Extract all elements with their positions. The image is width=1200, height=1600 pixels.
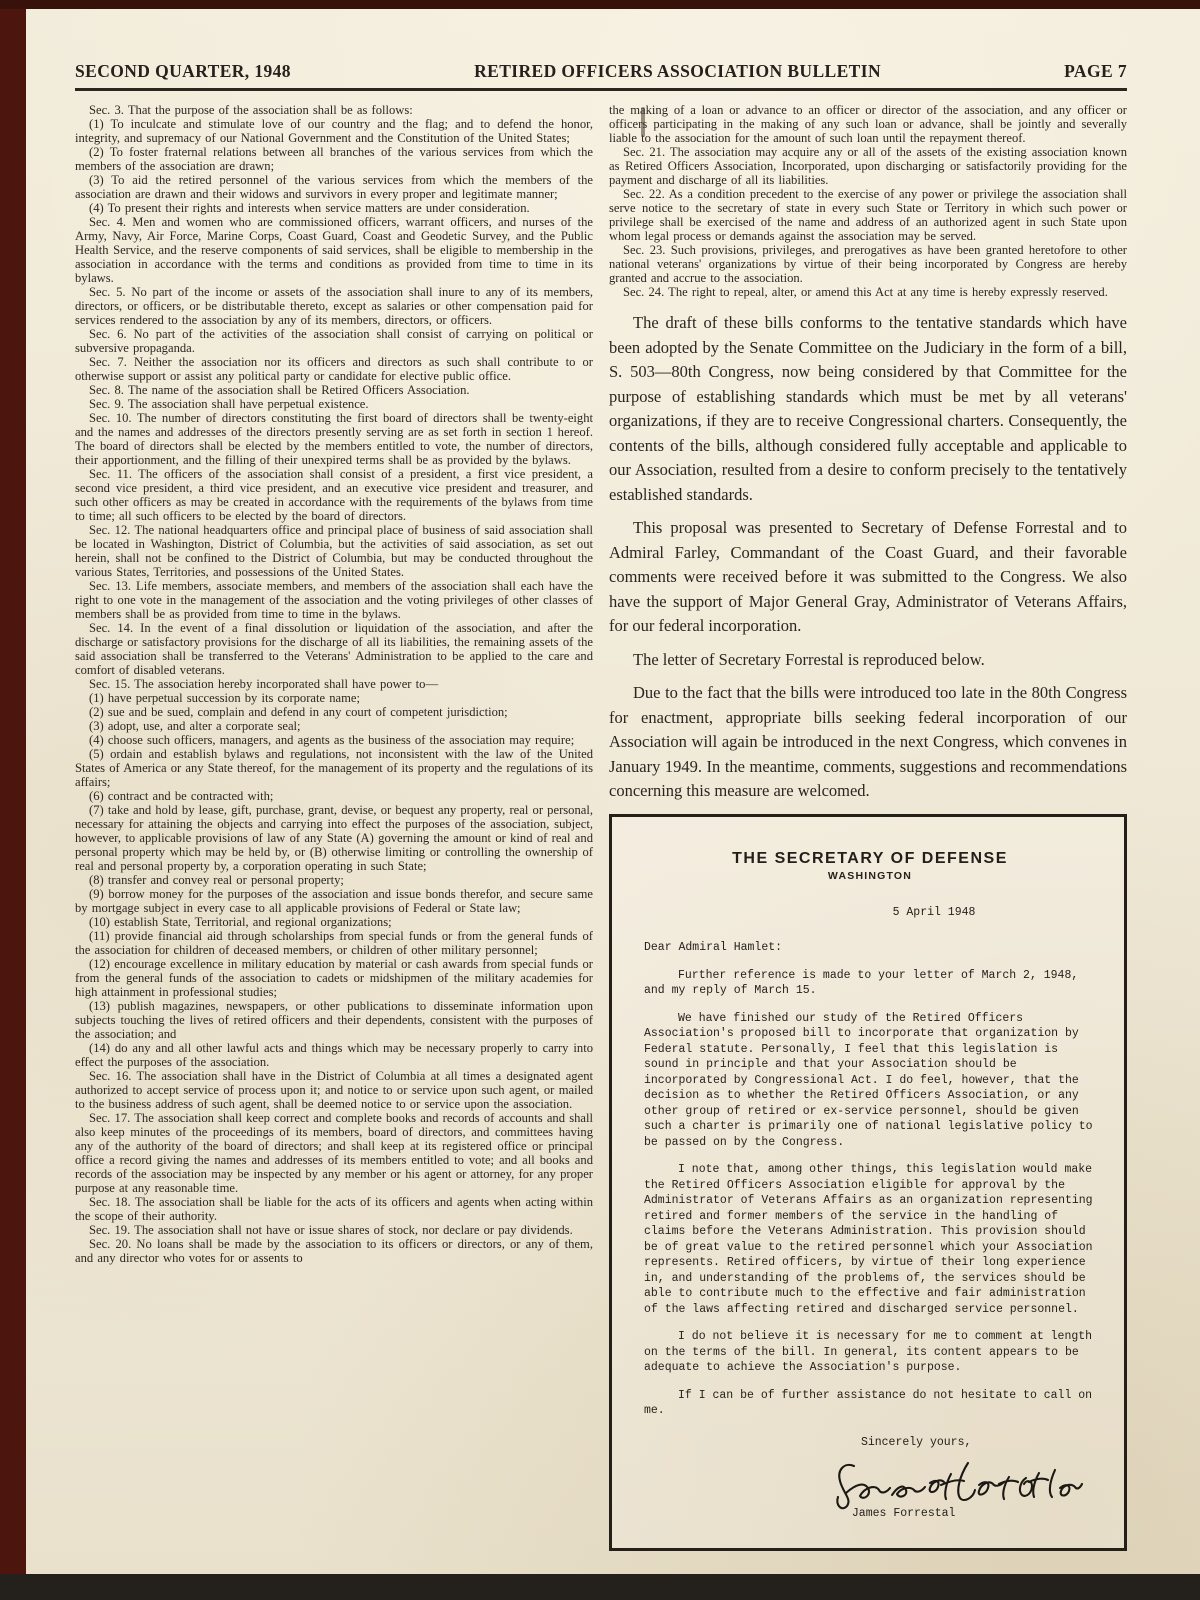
page-title: RETIRED OFFICERS ASSOCIATION BULLETIN [474, 61, 881, 82]
paragraph: Sec. 20. No loans shall be made by the a… [75, 1237, 593, 1265]
paragraph: Sec. 12. The national headquarters offic… [75, 523, 593, 579]
paragraph: Sec. 23. Such provisions, privileges, an… [609, 243, 1127, 285]
scan-bottom-edge [0, 1574, 1200, 1600]
paragraph: (4) choose such officers, managers, and … [75, 733, 593, 747]
paragraph: (10) establish State, Territorial, and r… [75, 915, 593, 929]
left-column-sections: Sec. 3. That the purpose of the associat… [75, 103, 593, 1551]
paragraph: Sec. 24. The right to repeal, alter, or … [609, 285, 1127, 299]
paragraph: Sec. 3. That the purpose of the associat… [75, 103, 593, 117]
paragraph: Sec. 5. No part of the income or assets … [75, 285, 593, 327]
paragraph: (9) borrow money for the purposes of the… [75, 887, 593, 915]
scan-top-edge [0, 0, 1200, 9]
paragraph: (7) take and hold by lease, gift, purcha… [75, 803, 593, 873]
paragraph: The draft of these bills conforms to the… [609, 311, 1127, 507]
paragraph: Sec. 18. The association shall be liable… [75, 1195, 593, 1223]
bulletin-page: SECOND QUARTER, 1948 RETIRED OFFICERS AS… [26, 9, 1200, 1574]
paragraph: The letter of Secretary Forrestal is rep… [609, 648, 1127, 673]
page-content: SECOND QUARTER, 1948 RETIRED OFFICERS AS… [75, 61, 1127, 1551]
paragraph: Sec. 7. Neither the association nor its … [75, 355, 593, 383]
paragraph: This proposal was presented to Secretary… [609, 516, 1127, 639]
paragraph: (8) transfer and convey real or personal… [75, 873, 593, 887]
paragraph: Sec. 9. The association shall have perpe… [75, 397, 593, 411]
paragraph: Sec. 21. The association may acquire any… [609, 145, 1127, 187]
two-column-body: Sec. 3. That the purpose of the associat… [75, 103, 1127, 1551]
paragraph: (6) contract and be contracted with; [75, 789, 593, 803]
paragraph: Sec. 6. No part of the activities of the… [75, 327, 593, 355]
paragraph: (2) To foster fraternal relations betwee… [75, 145, 593, 173]
paragraph: Sec. 19. The association shall not have … [75, 1223, 593, 1237]
paragraph: the making of a loan or advance to an of… [609, 103, 1127, 145]
paragraph: Sec. 17. The association shall keep corr… [75, 1111, 593, 1195]
paragraph: (12) encourage excellence in military ed… [75, 957, 593, 999]
letter-subheading: WASHINGTON [644, 869, 1096, 885]
issue-label: SECOND QUARTER, 1948 [75, 61, 291, 82]
paragraph: (1) have perpetual succession by its cor… [75, 691, 593, 705]
paragraph: Sec. 10. The number of directors constit… [75, 411, 593, 467]
letter-salutation: Dear Admiral Hamlet: [644, 940, 1096, 956]
letter-heading: THE SECRETARY OF DEFENSE [644, 851, 1096, 867]
paragraph: Sec. 16. The association shall have in t… [75, 1069, 593, 1111]
paragraph: We have finished our study of the Retire… [644, 1011, 1096, 1151]
paragraph: Further reference is made to your letter… [644, 968, 1096, 999]
forrestal-signature [644, 1454, 1096, 1510]
paragraph: Sec. 22. As a condition precedent to the… [609, 187, 1127, 243]
paragraph: (3) To aid the retired personnel of the … [75, 173, 593, 201]
paragraph: Sec. 15. The association hereby incorpor… [75, 677, 593, 691]
paragraph: (2) sue and be sued, complain and defend… [75, 705, 593, 719]
paragraph: Sec. 11. The officers of the association… [75, 467, 593, 523]
paragraph: Sec. 13. Life members, associate members… [75, 579, 593, 621]
paragraph: (5) ordain and establish bylaws and regu… [75, 747, 593, 789]
paragraph: (11) provide financial aid through schol… [75, 929, 593, 957]
paragraph: Due to the fact that the bills were intr… [609, 681, 1127, 804]
paragraph: (13) publish magazines, newspapers, or o… [75, 999, 593, 1041]
letter-closing: Sincerely yours, [644, 1435, 1096, 1451]
article-paragraphs: The draft of these bills conforms to the… [609, 311, 1127, 804]
page-number: PAGE 7 [1064, 61, 1127, 82]
letter-date: 5 April 1948 [644, 905, 1096, 921]
header-rule [75, 88, 1127, 91]
paragraph: (4) To present their rights and interest… [75, 201, 593, 215]
page-header: SECOND QUARTER, 1948 RETIRED OFFICERS AS… [75, 61, 1127, 82]
forrestal-letter: THE SECRETARY OF DEFENSE WASHINGTON 5 Ap… [609, 814, 1127, 1551]
scan-left-edge [0, 0, 26, 1600]
paragraph: Sec. 4. Men and women who are commission… [75, 215, 593, 285]
paragraph: (3) adopt, use, and alter a corporate se… [75, 719, 593, 733]
letter-body: Further reference is made to your letter… [644, 968, 1096, 1419]
ink-smudge [641, 107, 645, 137]
paragraph: Sec. 14. In the event of a final dissolu… [75, 621, 593, 677]
paragraph: I note that, among other things, this le… [644, 1162, 1096, 1317]
right-column: the making of a loan or advance to an of… [609, 103, 1127, 1551]
paragraph: (14) do any and all other lawful acts an… [75, 1041, 593, 1069]
paragraph: I do not believe it is necessary for me … [644, 1329, 1096, 1376]
paragraph: Sec. 8. The name of the association shal… [75, 383, 593, 397]
right-column-sections: the making of a loan or advance to an of… [609, 103, 1127, 299]
paragraph: (1) To inculcate and stimulate love of o… [75, 117, 593, 145]
paragraph: If I can be of further assistance do not… [644, 1388, 1096, 1419]
